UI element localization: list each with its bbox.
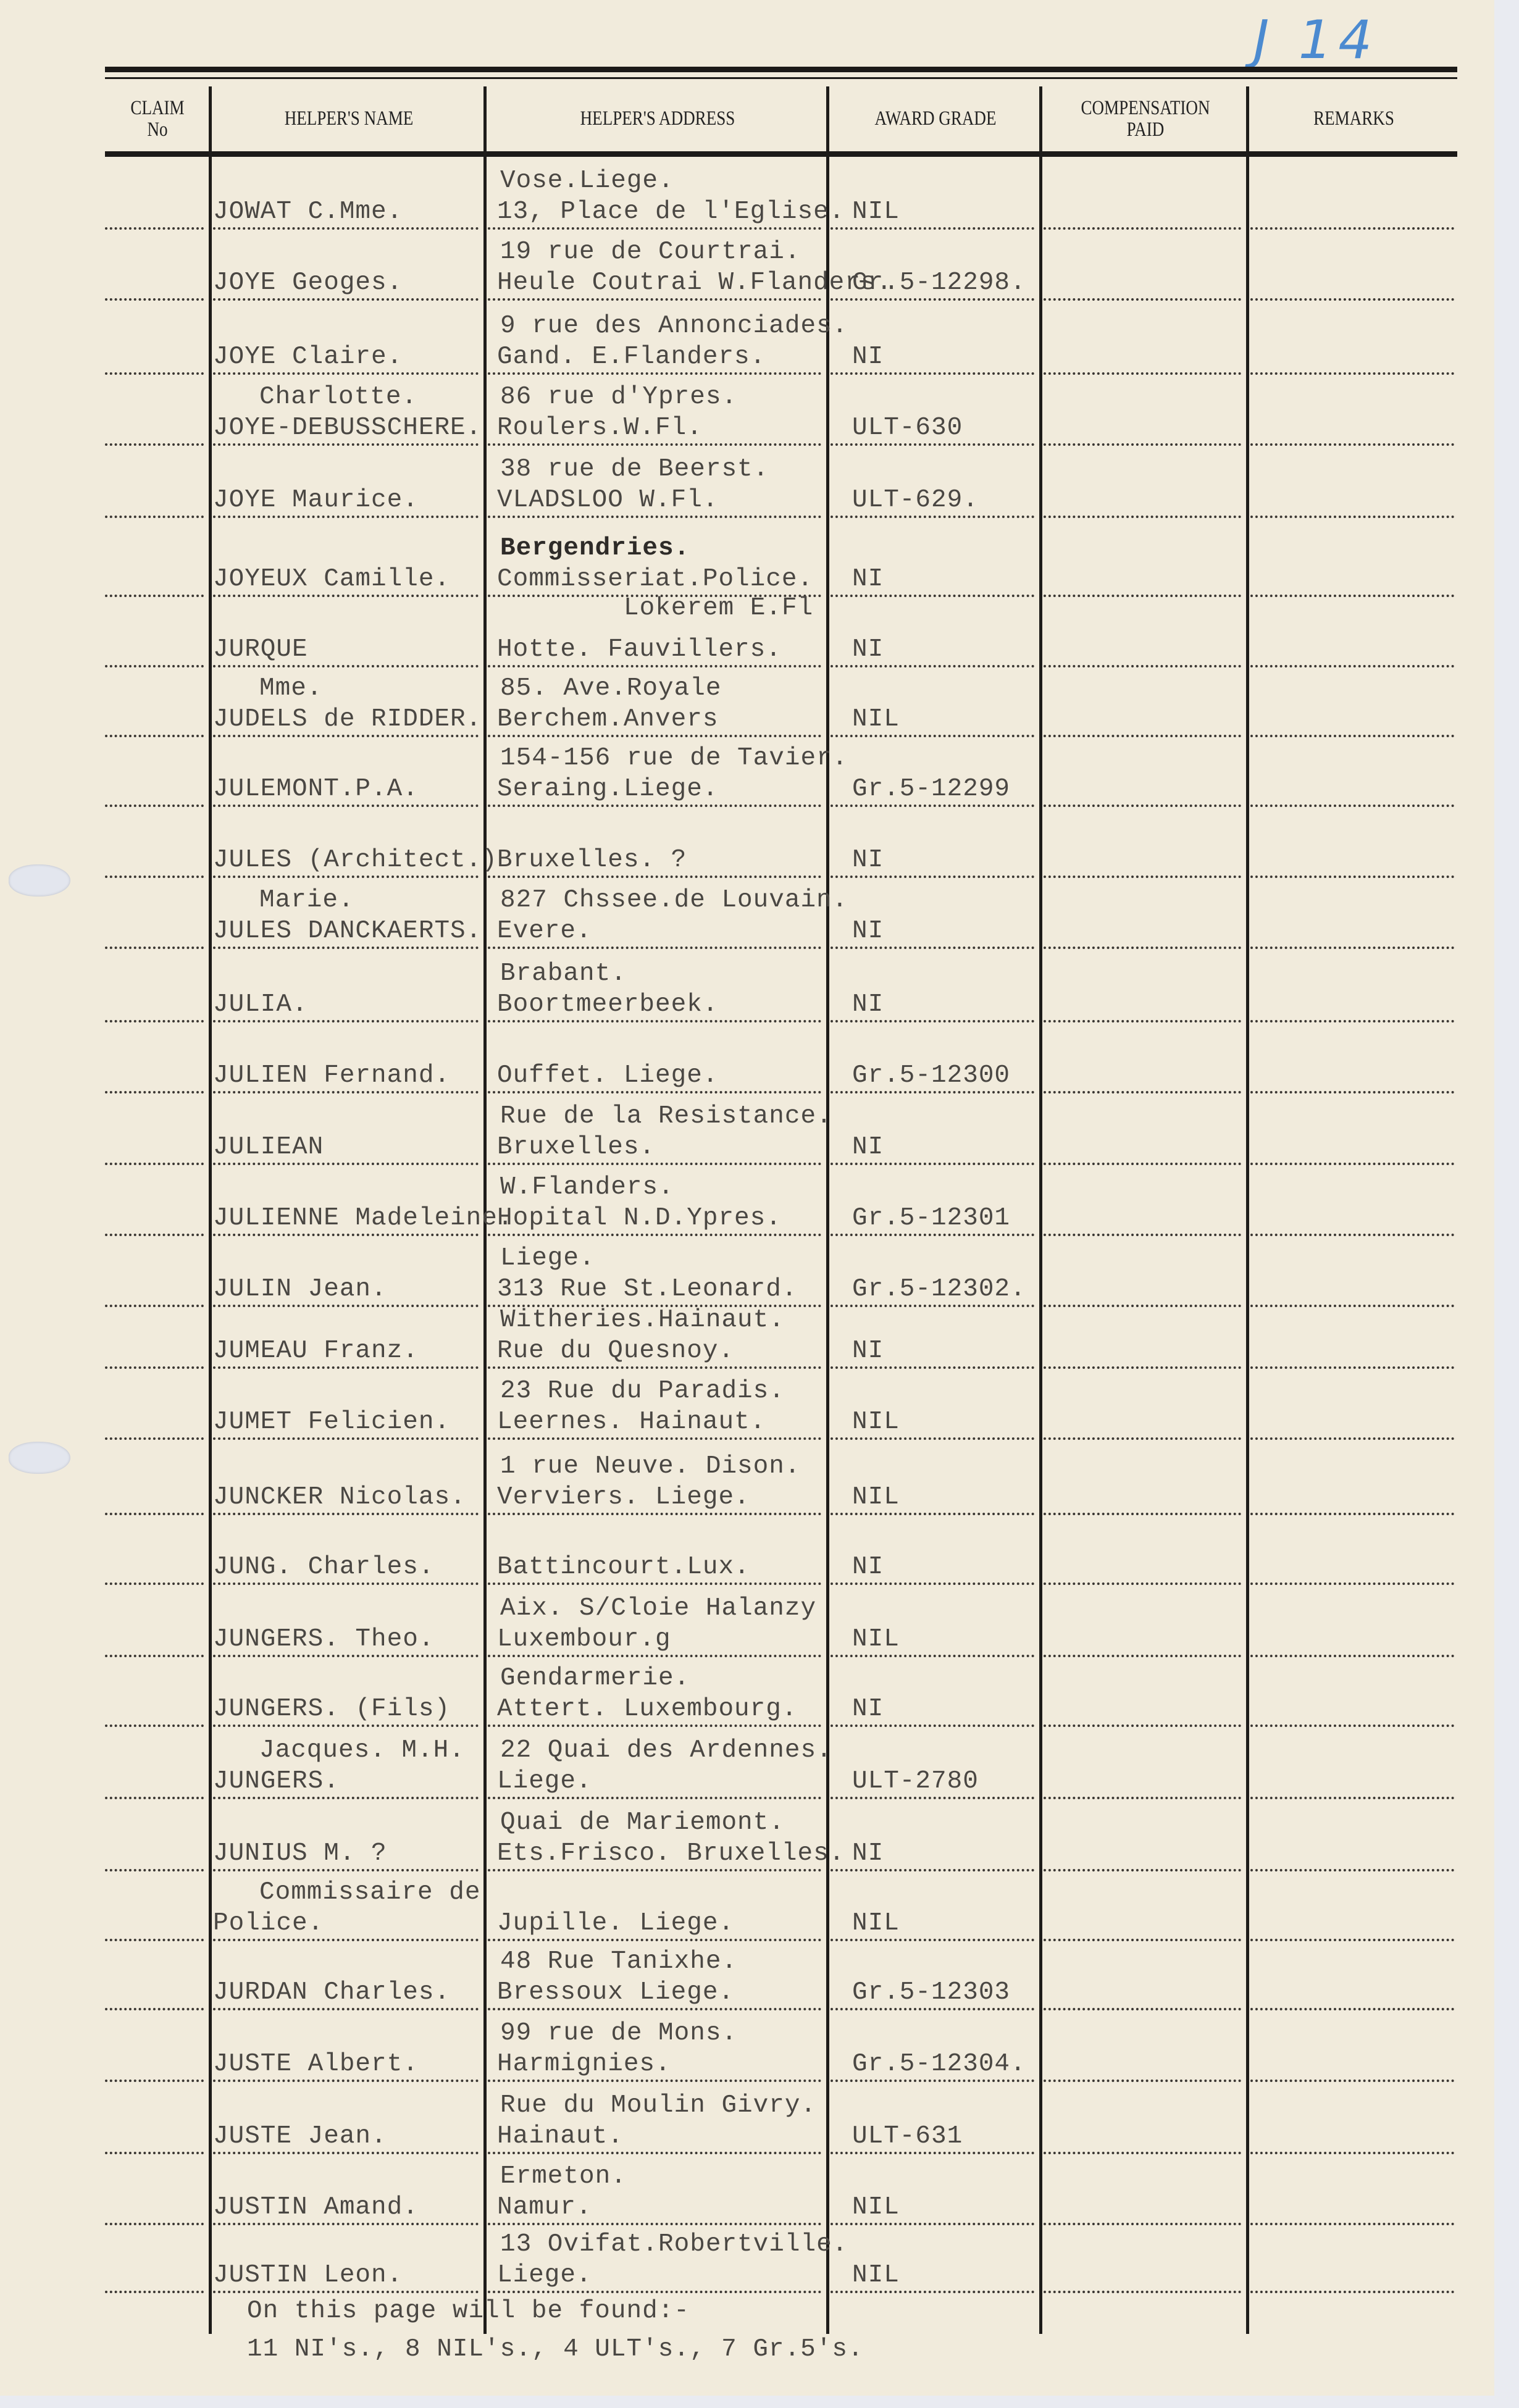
row-separator [1044, 1437, 1241, 1440]
row-separator [213, 1582, 479, 1585]
award-grade: NI [852, 919, 884, 944]
row-separator [105, 1797, 204, 1799]
helper-name: JUMET Felicien. [213, 1410, 450, 1435]
row-separator [105, 2080, 204, 2082]
helper-address-line3: Lokerem E.Fl [624, 596, 813, 621]
row-separator [105, 876, 204, 878]
helper-address-line1: Quai de Mariemont. [500, 1810, 785, 1836]
award-grade: Gr.5-12302. [852, 1277, 1026, 1302]
row-separator [488, 2080, 821, 2082]
row-separator [831, 2080, 1034, 2082]
punch-hole [9, 1442, 70, 1474]
row-separator [831, 443, 1034, 446]
row-separator [105, 1437, 204, 1440]
row-separator [213, 2152, 479, 2154]
helper-name: JUSTE Albert. [213, 2052, 419, 2077]
helper-name: JULES DANCKAERTS. [213, 919, 482, 944]
row-separator [1044, 227, 1241, 230]
award-grade: NIL [852, 707, 900, 732]
row-separator [213, 2223, 479, 2225]
helper-address-line2: Battincourt.Lux. [497, 1555, 750, 1580]
helper-address-line1: Witheries.Hainaut. [500, 1308, 785, 1333]
helper-name: JULIENNE Madeleine. [213, 1206, 513, 1231]
helper-name: JUSTIN Amand. [213, 2195, 419, 2220]
helper-name: JOYEUX Camille. [213, 567, 450, 592]
row-separator [213, 1366, 479, 1369]
row-separator [213, 1797, 479, 1799]
helper-address-line2: Ets.Frisco. Bruxelles. [497, 1841, 845, 1867]
row-separator [105, 516, 204, 518]
row-separator [213, 2008, 479, 2010]
top-rule [105, 67, 1457, 72]
row-separator [213, 298, 479, 301]
helper-address-line2: Commisseriat.Police. [497, 567, 813, 592]
row-separator [488, 1020, 821, 1022]
row-separator [1044, 372, 1241, 375]
helper-address-line1: Liege. [500, 1246, 595, 1271]
row-separator [488, 2223, 821, 2225]
helper-address-line2: 313 Rue St.Leonard. [497, 1277, 797, 1302]
summary-line-1: On this page will be found:- [247, 2297, 690, 2325]
row-separator [213, 1939, 479, 1941]
helper-name: JURQUE [213, 637, 308, 663]
row-separator [1250, 1234, 1454, 1236]
helper-address-line1: 85. Ave.Royale [500, 676, 721, 701]
helper-address-line1: 38 rue de Beerst. [500, 457, 769, 482]
row-separator [488, 372, 821, 375]
helper-name: JULIA. [213, 992, 308, 1018]
award-grade: NIL [852, 1627, 900, 1652]
document-page: J 14 CLAIM No HELPER'S NAME HELPER'S ADD… [0, 0, 1494, 2396]
punch-hole [9, 864, 70, 897]
row-separator [213, 1163, 479, 1165]
award-grade: Gr.5-12303 [852, 1980, 1010, 2005]
row-separator [1044, 1366, 1241, 1369]
row-separator [1250, 227, 1454, 230]
row-separator [213, 1020, 479, 1022]
row-separator [213, 372, 479, 375]
helper-name: JURDAN Charles. [213, 1980, 450, 2005]
helper-address-line2: Liege. [497, 2263, 592, 2288]
award-grade: Gr.5-12300 [852, 1063, 1010, 1089]
helper-name: JUSTE Jean. [213, 2124, 387, 2149]
row-separator [831, 665, 1034, 667]
row-separator [105, 1655, 204, 1657]
row-separator [1250, 2152, 1454, 2154]
row-separator [105, 947, 204, 949]
row-separator [488, 1797, 821, 1799]
row-separator [105, 443, 204, 446]
helper-name: JUNCKER Nicolas. [213, 1485, 466, 1510]
row-separator [1250, 1939, 1454, 1941]
helper-address-line2: Hotte. Fauvillers. [497, 637, 782, 663]
helper-address-line2: Bressoux Liege. [497, 1980, 734, 2005]
row-separator [831, 1020, 1034, 1022]
row-separator [1250, 372, 1454, 375]
col-header-remarks: REMARKS [1269, 86, 1439, 151]
award-grade: Gr.5-12298. [852, 270, 1026, 296]
row-separator [831, 227, 1034, 230]
award-grade: ULT-629. [852, 488, 979, 513]
row-separator [1250, 2008, 1454, 2010]
row-separator [1044, 1869, 1241, 1871]
helper-name: JOYE-DEBUSSCHERE. [213, 416, 482, 441]
row-separator [1250, 1305, 1454, 1307]
helper-name: JUNIUS M. ? [213, 1841, 387, 1867]
row-separator [213, 227, 479, 230]
row-separator [105, 227, 204, 230]
helper-address-line2: Jupille. Liege. [497, 1911, 734, 1936]
row-separator [831, 1091, 1034, 1093]
row-separator [1250, 595, 1454, 597]
row-separator [488, 1869, 821, 1871]
helper-name: JUDELS de RIDDER. [213, 707, 482, 732]
col-header-name: HELPER'S NAME [238, 86, 461, 151]
row-separator [1250, 735, 1454, 737]
row-separator [831, 1234, 1034, 1236]
helper-address-line2: Boortmeerbeek. [497, 992, 718, 1018]
row-separator [831, 735, 1034, 737]
scan-edge [0, 2396, 1519, 2408]
row-separator [1250, 443, 1454, 446]
row-separator [1044, 1582, 1241, 1585]
helper-name: JULIEAN [213, 1135, 324, 1160]
row-separator [213, 516, 479, 518]
col-header-award: AWARD GRADE [850, 86, 1022, 151]
row-separator [831, 876, 1034, 878]
row-separator [488, 443, 821, 446]
row-separator [488, 1939, 821, 1941]
helper-address-line1: 86 rue d'Ypres. [500, 385, 737, 410]
row-separator [831, 595, 1034, 597]
row-separator [1044, 516, 1241, 518]
row-separator [1250, 1163, 1454, 1165]
row-separator [105, 2223, 204, 2225]
row-separator [1044, 2223, 1241, 2225]
helper-address-line1: 1 rue Neuve. Dison. [500, 1454, 800, 1479]
row-separator [105, 1939, 204, 1941]
helper-address-line2: Namur. [497, 2195, 592, 2220]
row-separator [1044, 1797, 1241, 1799]
award-grade: Gr.5-12304. [852, 2052, 1026, 2077]
row-separator [1250, 1437, 1454, 1440]
row-separator [1250, 1869, 1454, 1871]
helper-address-line2: Attert. Luxembourg. [497, 1697, 797, 1722]
row-separator [213, 1655, 479, 1657]
helper-address-line1: Bergendries. [500, 536, 690, 561]
helper-name-prefix: Jacques. M.H. [259, 1738, 465, 1763]
row-separator [105, 805, 204, 807]
row-separator [1250, 1797, 1454, 1799]
row-separator [488, 298, 821, 301]
row-separator [105, 595, 204, 597]
helper-address-line1: 99 rue de Mons. [500, 2021, 737, 2046]
row-separator [488, 516, 821, 518]
row-separator [213, 443, 479, 446]
row-separator [831, 1724, 1034, 1727]
helper-name: JOWAT C.Mme. [213, 199, 403, 225]
row-separator [1250, 2291, 1454, 2293]
row-separator [831, 1513, 1034, 1515]
helper-address-line2: Roulers.W.Fl. [497, 416, 703, 441]
row-separator [213, 2080, 479, 2082]
row-separator [105, 2152, 204, 2154]
row-separator [213, 1724, 479, 1727]
row-separator [1250, 298, 1454, 301]
award-grade: NI [852, 992, 884, 1018]
helper-name: JUMEAU Franz. [213, 1339, 419, 1364]
award-grade: NI [852, 567, 884, 592]
row-separator [105, 1163, 204, 1165]
row-separator [1250, 876, 1454, 878]
helper-name-prefix: Charlotte. [259, 385, 417, 410]
row-separator [488, 1724, 821, 1727]
helper-address-line1: W.Flanders. [500, 1175, 674, 1200]
row-separator [488, 665, 821, 667]
helper-address-line1: 48 Rue Tanixhe. [500, 1949, 737, 1975]
award-grade: NI [852, 1841, 884, 1867]
row-separator [105, 372, 204, 375]
helper-address-line2: Evere. [497, 919, 592, 944]
row-separator [1044, 443, 1241, 446]
row-separator [488, 1655, 821, 1657]
col-header-address: HELPER'S ADDRESS [519, 86, 797, 151]
row-separator [831, 1305, 1034, 1307]
row-separator [1250, 1724, 1454, 1727]
helper-address-line1: 9 rue des Annonciades. [500, 314, 848, 339]
row-separator [1044, 947, 1241, 949]
row-separator [1250, 665, 1454, 667]
helper-address-line1: 154-156 rue de Tavier. [500, 746, 848, 771]
helper-address-line1: 22 Quai des Ardennes. [500, 1738, 832, 1763]
row-separator [488, 735, 821, 737]
helper-address-line1: Gendarmerie. [500, 1666, 690, 1691]
helper-name: JUNGERS. (Fils) [213, 1697, 450, 1722]
row-separator [488, 1163, 821, 1165]
row-separator [213, 2291, 479, 2293]
handwritten-reference: J 14 [1253, 9, 1378, 71]
helper-address-line2: Bruxelles. ? [497, 848, 687, 873]
row-separator [1044, 876, 1241, 878]
helper-name: JOYE Maurice. [213, 488, 419, 513]
row-separator [488, 805, 821, 807]
row-separator [488, 2152, 821, 2154]
row-separator [105, 1582, 204, 1585]
row-separator [105, 1724, 204, 1727]
col-header-claim: CLAIM No [114, 86, 200, 151]
col-header-compensation: COMPENSATION PAID [1062, 86, 1229, 151]
row-separator [831, 1582, 1034, 1585]
row-separator [831, 1366, 1034, 1369]
helper-address-line2: Seraing.Liege. [497, 777, 718, 802]
helper-address-line1: 13 Ovifat.Robertville. [500, 2232, 848, 2257]
helper-address-line2: VLADSLOO W.Fl. [497, 488, 718, 513]
row-separator [213, 595, 479, 597]
row-separator [213, 1513, 479, 1515]
helper-address-line2: Harmignies. [497, 2052, 671, 2077]
row-separator [488, 2008, 821, 2010]
row-separator [831, 298, 1034, 301]
award-grade: NIL [852, 1410, 900, 1435]
helper-address-line2: Hopital N.D.Ypres. [497, 1206, 782, 1231]
helper-address-line1: Rue de la Resistance. [500, 1104, 832, 1129]
award-grade: NIL [852, 1485, 900, 1510]
row-separator [105, 735, 204, 737]
row-separator [831, 1655, 1034, 1657]
row-separator [213, 1869, 479, 1871]
row-separator [1250, 1091, 1454, 1093]
award-grade: NI [852, 1697, 884, 1722]
helper-address-line1: Brabant. [500, 961, 627, 987]
award-grade: NIL [852, 2195, 900, 2220]
row-separator [831, 2008, 1034, 2010]
row-separator [1250, 1582, 1454, 1585]
helper-name: Police. [213, 1911, 324, 1936]
row-separator [1044, 1305, 1241, 1307]
row-separator [1250, 1513, 1454, 1515]
row-separator [105, 1091, 204, 1093]
helper-address-line1: 827 Chssee.de Louvain. [500, 888, 848, 913]
helper-name-prefix: Mme. [259, 676, 322, 701]
row-separator [1044, 1939, 1241, 1941]
row-separator [1044, 1234, 1241, 1236]
row-separator [1250, 516, 1454, 518]
helper-address-line2: Ouffet. Liege. [497, 1063, 718, 1089]
row-separator [831, 947, 1034, 949]
helper-address-line2: Leernes. Hainaut. [497, 1410, 766, 1435]
helper-name: JULEMONT.P.A. [213, 777, 419, 802]
helper-name: JULES (Architect.) [213, 848, 498, 873]
row-separator [488, 1366, 821, 1369]
helper-name-prefix: Marie. [259, 888, 354, 913]
row-separator [1044, 2152, 1241, 2154]
row-separator [105, 2291, 204, 2293]
helper-name: JUSTIN Leon. [213, 2263, 403, 2288]
award-grade: NIL [852, 199, 900, 225]
summary-line-2: 11 NI's., 8 NIL's., 4 ULT's., 7 Gr.5's. [247, 2335, 864, 2364]
row-separator [105, 1020, 204, 1022]
award-grade: Gr.5-12299 [852, 777, 1010, 802]
row-separator [488, 1582, 821, 1585]
award-grade: NI [852, 1555, 884, 1580]
row-separator [1250, 1366, 1454, 1369]
row-separator [213, 876, 479, 878]
helper-address-line1: 19 rue de Courtrai. [500, 240, 800, 265]
helper-address-line2: Rue du Quesnoy. [497, 1339, 734, 1364]
row-separator [1250, 1655, 1454, 1657]
row-separator [105, 1305, 204, 1307]
helper-name: JUNGERS. Theo. [213, 1627, 434, 1652]
row-separator [831, 2291, 1034, 2293]
helper-name: JULIN Jean. [213, 1277, 387, 1302]
helper-address-line2: Gand. E.Flanders. [497, 345, 766, 370]
row-separator [1044, 298, 1241, 301]
row-separator [1250, 805, 1454, 807]
row-separator [488, 876, 821, 878]
helper-address-line2: Hainaut. [497, 2124, 624, 2149]
award-grade: NIL [852, 2263, 900, 2288]
row-separator [831, 1163, 1034, 1165]
column-divider [209, 86, 212, 2334]
row-separator [488, 947, 821, 949]
row-separator [213, 1437, 479, 1440]
row-separator [831, 1939, 1034, 1941]
column-divider [1246, 86, 1249, 2334]
helper-address-line1: 23 Rue du Paradis. [500, 1379, 785, 1404]
row-separator [831, 1437, 1034, 1440]
award-grade: NI [852, 637, 884, 663]
top-rule-thin [105, 77, 1457, 79]
row-separator [831, 2152, 1034, 2154]
row-separator [1044, 2291, 1241, 2293]
helper-address-line1: Aix. S/Cloie Halanzy [500, 1596, 816, 1621]
row-separator [213, 665, 479, 667]
helper-address-line2: Liege. [497, 1769, 592, 1794]
row-separator [831, 1869, 1034, 1871]
column-divider [1039, 86, 1042, 2334]
row-separator [831, 516, 1034, 518]
row-separator [1044, 1091, 1241, 1093]
row-separator [488, 227, 821, 230]
row-separator [831, 805, 1034, 807]
row-separator [105, 1869, 204, 1871]
award-grade: ULT-2780 [852, 1769, 979, 1794]
row-separator [213, 735, 479, 737]
award-grade: ULT-630 [852, 416, 963, 441]
helper-address-line2: Bruxelles. [497, 1135, 655, 1160]
row-separator [213, 1091, 479, 1093]
row-separator [488, 1091, 821, 1093]
row-separator [831, 1797, 1034, 1799]
helper-address-line2: 13, Place de l'Eglise. [497, 199, 845, 225]
row-separator [105, 1366, 204, 1369]
row-separator [1044, 1163, 1241, 1165]
award-grade: ULT-631 [852, 2124, 963, 2149]
award-grade: NI [852, 1135, 884, 1160]
row-separator [105, 2008, 204, 2010]
row-separator [105, 298, 204, 301]
helper-address-line2: Luxembour.g [497, 1627, 671, 1652]
row-separator [831, 2223, 1034, 2225]
row-separator [1044, 1513, 1241, 1515]
row-separator [488, 1437, 821, 1440]
award-grade: NI [852, 1339, 884, 1364]
helper-address-line1: Ermeton. [500, 2164, 627, 2189]
helper-address-line1: Vose.Liege. [500, 169, 674, 194]
helper-address-line2: Verviers. Liege. [497, 1485, 750, 1510]
helper-name-prefix: Commissaire de [259, 1880, 480, 1905]
row-separator [1044, 1655, 1241, 1657]
award-grade: NI [852, 848, 884, 873]
helper-name: JOYE Claire. [213, 345, 403, 370]
helper-address-line2: Berchem.Anvers [497, 707, 718, 732]
award-grade: NI [852, 345, 884, 370]
helper-name: JOYE Geoges. [213, 270, 403, 296]
row-separator [1044, 665, 1241, 667]
row-separator [1250, 2080, 1454, 2082]
row-separator [105, 1234, 204, 1236]
award-grade: NIL [852, 1911, 900, 1936]
row-separator [1044, 735, 1241, 737]
row-separator [1044, 805, 1241, 807]
row-separator [213, 1234, 479, 1236]
row-separator [831, 372, 1034, 375]
helper-address-line2: Heule Coutrai W.Flanders. [497, 270, 892, 296]
row-separator [1044, 1020, 1241, 1022]
row-separator [1044, 2008, 1241, 2010]
row-separator [1044, 2080, 1241, 2082]
helper-name: JULIEN Fernand. [213, 1063, 450, 1089]
